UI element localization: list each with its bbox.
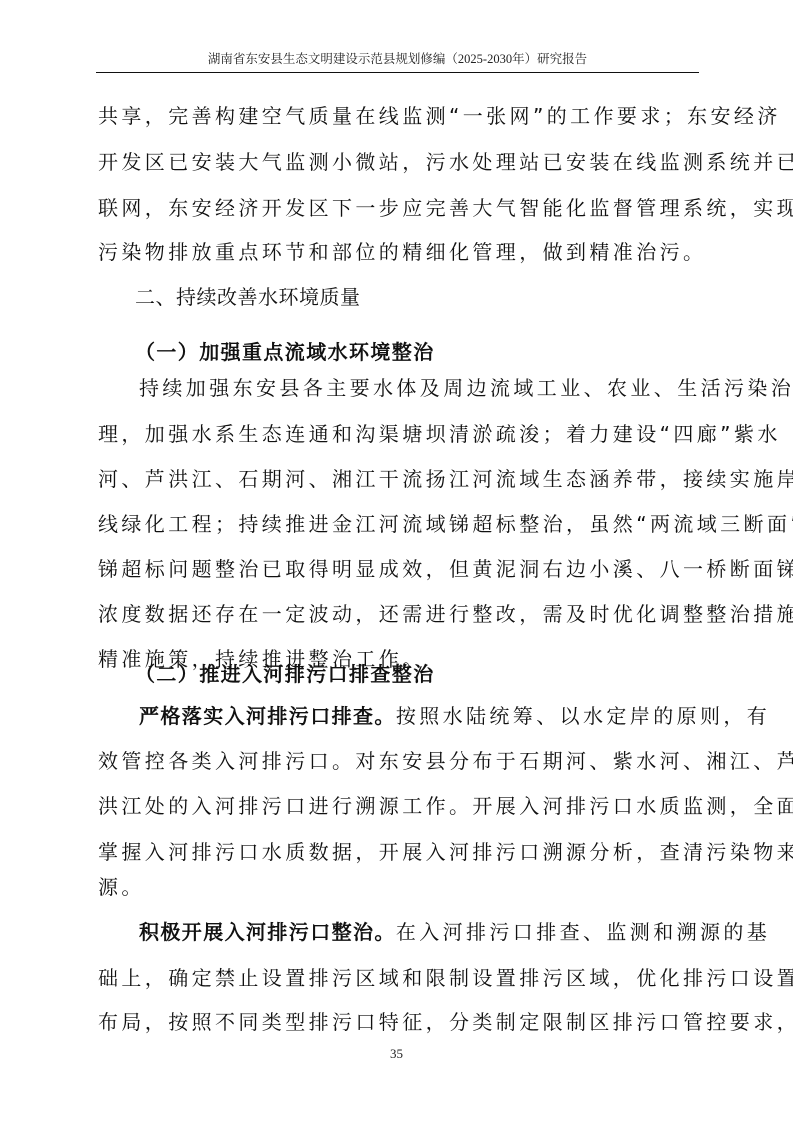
text-line: 理，加强水系生态连通和沟渠塘坝清淤疏浚；着力建设“四廊”紫水 — [98, 420, 698, 448]
text-line: 布局，按照不同类型排污口特征，分类制定限制区排污口管控要求， — [98, 1008, 698, 1036]
section-heading: 二、持续改善水环境质量 — [135, 283, 735, 311]
text-line: 积极开展入河排污口整治。在入河排污口排查、监测和溯源的基 — [139, 918, 699, 946]
text-line: 污染物排放重点环节和部位的精细化管理，做到精准治污。 — [98, 238, 698, 266]
header-title: 湖南省东安县生态文明建设示范县规划修编（2025-2030年）研究报告 — [208, 52, 587, 66]
running-header: 湖南省东安县生态文明建设示范县规划修编（2025-2030年）研究报告 — [96, 50, 699, 73]
text-line: 联网，东安经济开发区下一步应完善大气智能化监督管理系统，实现 — [98, 194, 698, 222]
text-line: 严格落实入河排污口排查。按照水陆统筹、以水定岸的原则，有 — [139, 702, 699, 730]
text-line: 开发区已安装大气监测小微站，污水处理站已安装在线监测系统并已 — [98, 148, 698, 176]
bold-lead: 积极开展入河排污口整治。 — [139, 920, 396, 944]
bold-lead: 严格落实入河排污口排查。 — [139, 704, 396, 728]
text-line: 持续加强东安县各主要水体及周边流域工业、农业、生活污染治 — [139, 374, 699, 402]
subsection-heading-1: （一）加强重点流域水环境整治 — [135, 338, 735, 366]
text-line: 掌握入河排污口水质数据，开展入河排污口溯源分析，查清污染物来 — [98, 838, 698, 866]
text-line: 源。 — [98, 873, 698, 901]
text-run: 按照水陆统筹、以水定岸的原则，有 — [396, 704, 770, 728]
text-line: 洪江处的入河排污口进行溯源工作。开展入河排污口水质监测，全面 — [98, 792, 698, 820]
text-line: 浓度数据还存在一定波动，还需进行整改，需及时优化调整整治措施， — [98, 600, 698, 628]
page-number: 35 — [0, 1046, 793, 1062]
text-line: 共享，完善构建空气质量在线监测“一张网”的工作要求；东安经济 — [98, 102, 698, 130]
text-run: 在入河排污口排查、监测和溯源的基 — [396, 920, 770, 944]
text-line: 础上，确定禁止设置排污区域和限制设置排污区域，优化排污口设置 — [98, 964, 698, 992]
text-line: 锑超标问题整治已取得明显成效，但黄泥洞右边小溪、八一桥断面锑 — [98, 555, 698, 583]
subsection-heading-2: （二）推进入河排污口排查整治 — [135, 660, 735, 688]
text-line: 河、芦洪江、石期河、湘江干流扬江河流域生态涵养带，接续实施岸 — [98, 465, 698, 493]
text-line: 线绿化工程；持续推进金江河流域锑超标整治，虽然“两流域三断面” — [98, 510, 698, 538]
text-line: 效管控各类入河排污口。对东安县分布于石期河、紫水河、湘江、芦 — [98, 747, 698, 775]
